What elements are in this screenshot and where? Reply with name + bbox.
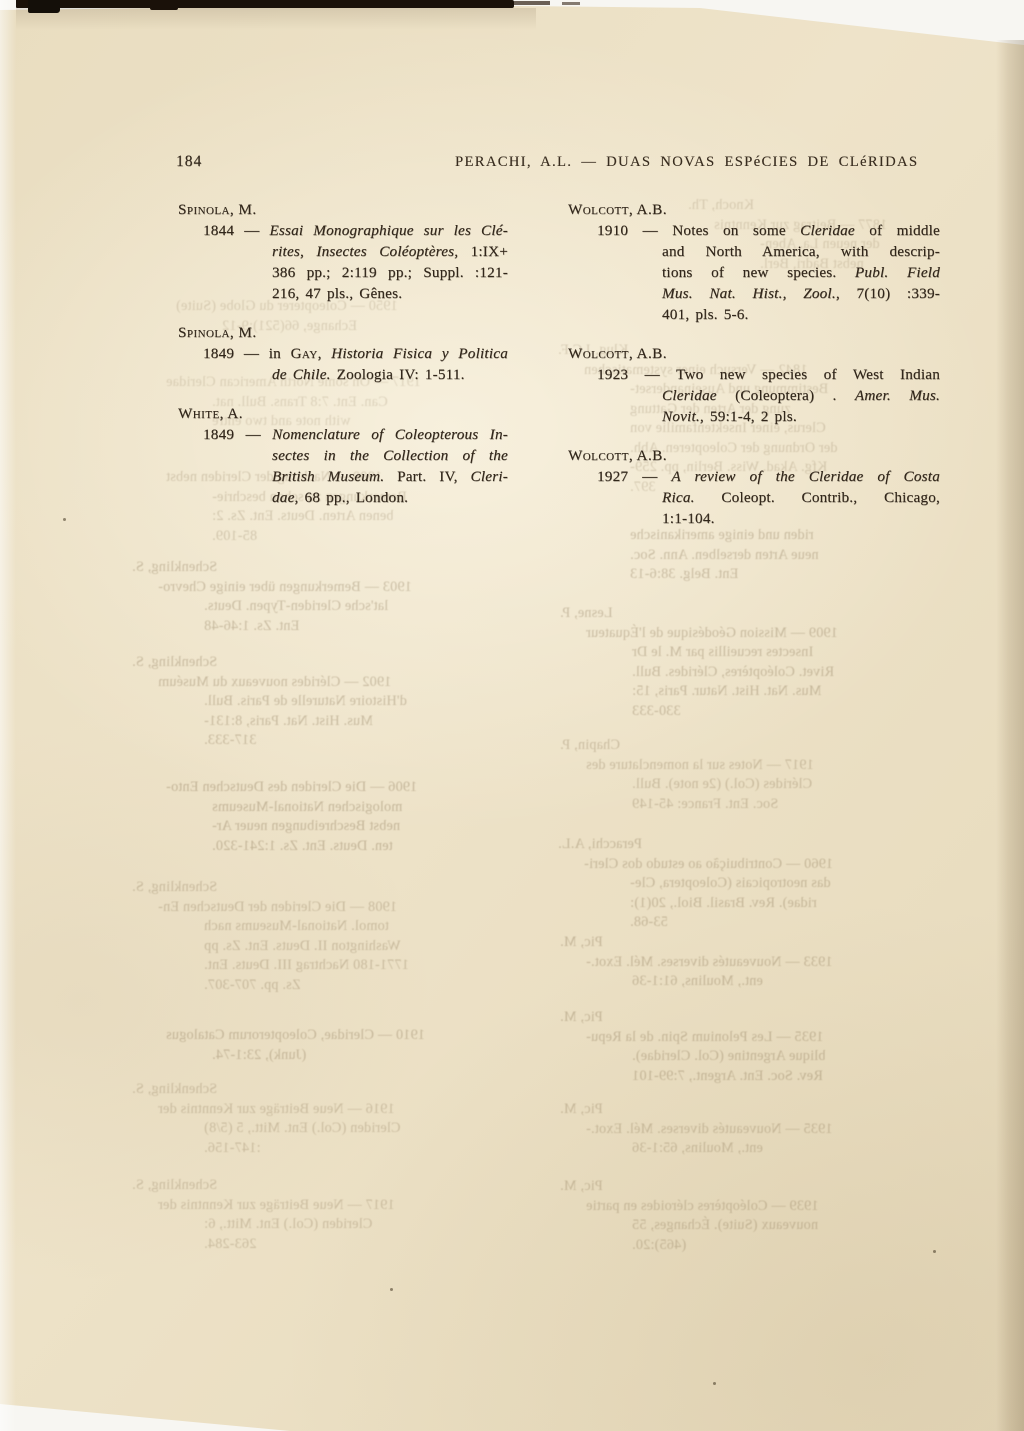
running-title: PERACHI, A.L. — DUAS NOVAS ESPéCIES DE C…	[455, 154, 918, 171]
entry-text-segment: 1910 — Notes on some	[597, 222, 800, 239]
reference-entry: Wolcott, A.B.1910 — Notes on some Clerid…	[568, 199, 940, 325]
entry-text-segment: dae,	[272, 489, 299, 506]
scan-edge-bar-extension	[514, 1, 550, 5]
entry-author: Spinola, M.	[178, 322, 508, 343]
scan-edge-bar	[16, 0, 514, 8]
entry-text-segment: 1927 —	[597, 468, 671, 485]
entry-text-segment: 68 pp., London.	[299, 489, 409, 506]
entry-line: Novit., 59:1-4, 2 pls.	[568, 406, 940, 427]
entry-text-segment: 1923 — Two new species of West Indian	[597, 366, 940, 383]
entry-text-segment: rites, Insectes Coléoptères,	[272, 243, 471, 260]
entry-line: de Chile. Zoologia IV: 1-511.	[178, 364, 508, 385]
entry-text-segment: tions of new species.	[662, 264, 855, 281]
entry-line: 1849 — in Gay, Historia Fisica y Politic…	[178, 343, 508, 364]
entry-line: Mus. Nat. Hist., Zool., 7(10) :339-	[568, 283, 940, 304]
entry-author: White, A.	[178, 403, 508, 424]
entry-text-segment: Cleridae	[662, 387, 717, 404]
entry-text-segment: 1:1-104.	[662, 510, 715, 527]
reference-entry: White, A.1849 — Nomenclature of Coleopte…	[178, 403, 508, 508]
entry-line: sectes in the Collection of the	[178, 445, 508, 466]
entry-line: 1844 — Essai Monographique sur les Clé-	[178, 220, 508, 241]
entry-text-segment: Mus. Nat. Hist., Zool.,	[662, 285, 840, 302]
reference-entry: Spinola, M.1849 — in Gay, Historia Fisic…	[178, 322, 508, 385]
reference-entry: Wolcott, A.B.1927 — A review of the Cler…	[568, 445, 940, 529]
entry-text-segment: Gay	[291, 345, 318, 362]
entry-text-segment: 1:IX+	[471, 243, 508, 260]
entry-text-segment: Part. IV,	[384, 468, 470, 485]
entry-line: 216, 47 pls., Gênes.	[178, 283, 508, 304]
entry-text-segment: A review of the Cleridae of Costa	[671, 468, 940, 485]
entry-text-segment: 216, 47 pls., Gênes.	[272, 285, 402, 302]
entry-text-segment: 1849 —	[203, 426, 272, 443]
entry-author: Wolcott, A.B.	[568, 343, 940, 364]
entry-text-segment: Zoologia IV: 1-511.	[331, 366, 465, 383]
entry-line: 1:1-104.	[568, 508, 940, 529]
entry-text-segment: Historia Fisica y Politica	[331, 345, 508, 362]
entry-text-segment: Novit.,	[662, 408, 704, 425]
entry-text-segment: Essai Monographique sur les Clé-	[269, 222, 508, 239]
bibliography-column-left: Spinola, M.1844 — Essai Monographique su…	[178, 199, 508, 508]
entry-line: rites, Insectes Coléoptères, 1:IX+	[178, 241, 508, 262]
entry-text-segment: Coleopt. Contrib., Chicago,	[695, 489, 940, 506]
entry-text-segment: Publ. Field	[855, 264, 940, 281]
entry-text-segment: Cleridae	[800, 222, 855, 239]
ink-speck	[713, 1382, 716, 1385]
entry-line: 1927 — A review of the Cleridae of Costa	[568, 466, 940, 487]
entry-line: Cleridae (Coleoptera) . Amer. Mus.	[568, 385, 940, 406]
scan-edge-bar-nub	[28, 0, 60, 13]
entry-text-segment: British Museum.	[272, 468, 384, 485]
entry-text-segment: 1849 — in	[203, 345, 291, 362]
entry-text-segment: 1844 —	[203, 222, 269, 239]
entry-line: 401, pls. 5-6.	[568, 304, 940, 325]
entry-text-segment: Rica.	[662, 489, 695, 506]
ink-speck	[63, 518, 66, 521]
entry-text-segment: 386 pp.; 2:119 pp.; Suppl. :121-	[272, 264, 508, 281]
scan-edge-bar-dash	[562, 2, 580, 5]
entry-text-segment: 401, pls. 5-6.	[662, 306, 749, 323]
entry-line: tions of new species. Publ. Field	[568, 262, 940, 283]
entry-line: 386 pp.; 2:119 pp.; Suppl. :121-	[178, 262, 508, 283]
reference-entry: Spinola, M.1844 — Essai Monographique su…	[178, 199, 508, 304]
entry-text-segment: Nomenclature of Coleopterous In-	[272, 426, 508, 443]
ink-speck	[933, 1250, 936, 1253]
entry-author: Wolcott, A.B.	[568, 199, 940, 220]
entry-line: Rica. Coleopt. Contrib., Chicago,	[568, 487, 940, 508]
entry-text-segment: Cleri-	[471, 468, 508, 485]
entry-author: Wolcott, A.B.	[568, 445, 940, 466]
entry-line: dae, 68 pp., London.	[178, 487, 508, 508]
entry-text-segment: (Coleoptera) .	[717, 387, 855, 404]
entry-author: Spinola, M.	[178, 199, 508, 220]
scan-edge-bar-nub	[150, 0, 178, 10]
entry-line: 1923 — Two new species of West Indian	[568, 364, 940, 385]
entry-text-segment: and North America, with descrip-	[662, 243, 940, 260]
entry-text-segment: of middle	[855, 222, 940, 239]
entry-text-segment: 7(10) :339-	[840, 285, 940, 302]
entry-line: British Museum. Part. IV, Cleri-	[178, 466, 508, 487]
entry-text-segment: ,	[318, 345, 332, 362]
entry-line: 1849 — Nomenclature of Coleopterous In-	[178, 424, 508, 445]
entry-text-segment: 59:1-4, 2 pls.	[704, 408, 797, 425]
entry-line: 1910 — Notes on some Cleridae of middle	[568, 220, 940, 241]
page-number: 184	[176, 153, 202, 171]
entry-text-segment: sectes in the Collection of the	[272, 447, 508, 464]
entry-text-segment: de Chile.	[272, 366, 331, 383]
reference-entry: Wolcott, A.B.1923 — Two new species of W…	[568, 343, 940, 427]
bibliography-column-right: Wolcott, A.B.1910 — Notes on some Clerid…	[568, 199, 940, 529]
entry-line: and North America, with descrip-	[568, 241, 940, 262]
entry-text-segment: Amer. Mus.	[855, 387, 940, 404]
ink-speck	[390, 1288, 393, 1291]
